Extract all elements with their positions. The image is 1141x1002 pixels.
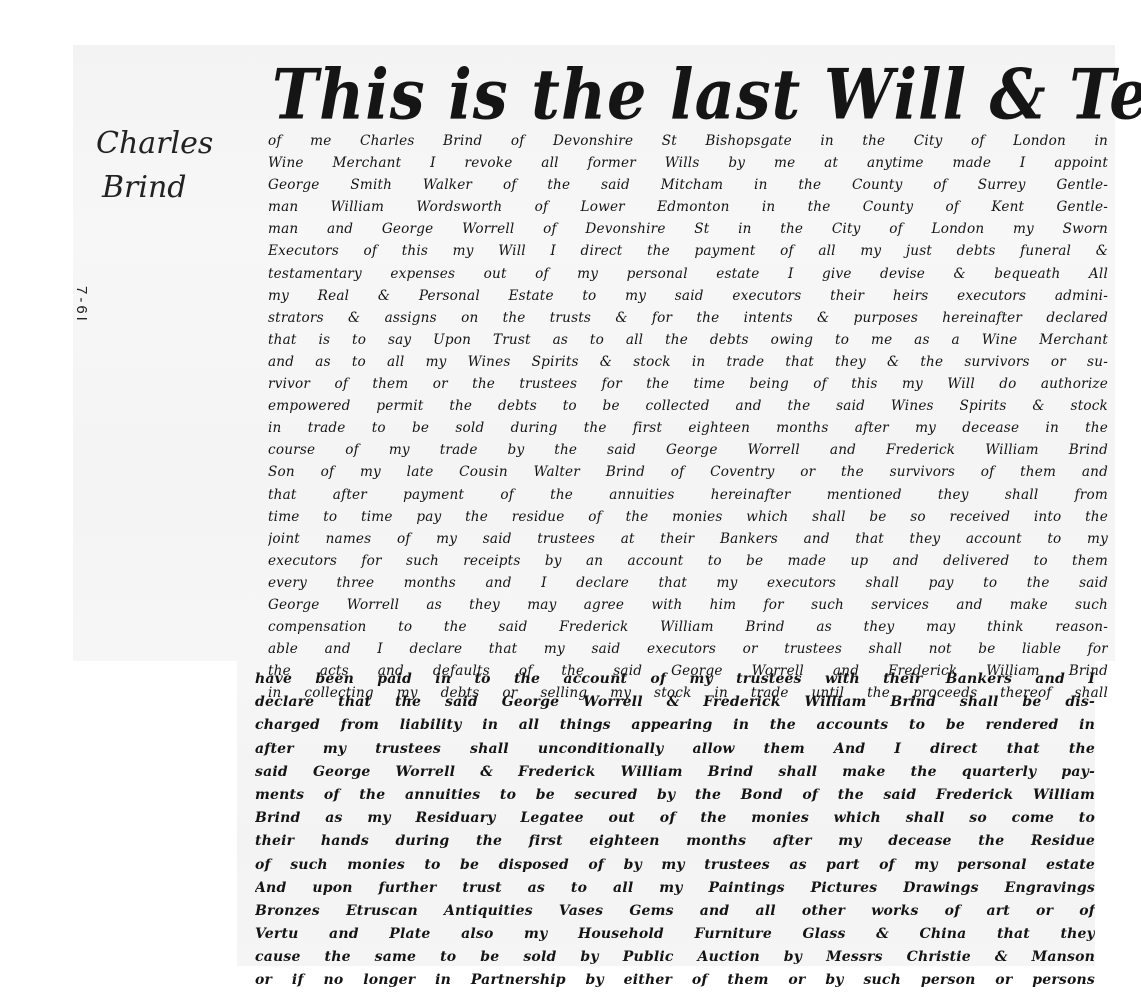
body-line: Bronzes Etruscan Antiquities Vases Gems … xyxy=(255,900,1095,923)
margin-testator-name: Charles Brind xyxy=(96,122,236,210)
body-line: said George Worrell & Frederick William … xyxy=(255,761,1095,784)
body-line: of such monies to be disposed of by my t… xyxy=(255,854,1095,877)
body-line: Son of my late Cousin Walter Brind of Co… xyxy=(268,461,1108,483)
body-line: and as to all my Wines Spirits & stock i… xyxy=(268,351,1108,373)
will-body-upper: of me Charles Brind of Devonshire St Bis… xyxy=(268,130,1108,704)
body-line: have been paid in to the account of my t… xyxy=(255,668,1095,691)
body-line: their hands during the first eighteen mo… xyxy=(255,830,1095,853)
body-line: And upon further trust as to all my Pain… xyxy=(255,877,1095,900)
body-line: George Worrell as they may agree with hi… xyxy=(268,594,1108,616)
body-line: Wine Merchant I revoke all former Wills … xyxy=(268,152,1108,174)
body-line: Vertu and Plate also my Household Furnit… xyxy=(255,923,1095,946)
body-line: Executors of this my Will I direct the p… xyxy=(268,240,1108,262)
body-line: compensation to the said Frederick Willi… xyxy=(268,616,1108,638)
body-line: rvivor of them or the trustees for the t… xyxy=(268,373,1108,395)
body-line: that is to say Upon Trust as to all the … xyxy=(268,329,1108,351)
body-line: of me Charles Brind of Devonshire St Bis… xyxy=(268,130,1108,152)
body-line: charged from liability in all things app… xyxy=(255,714,1095,737)
body-line: cause the same to be sold by Public Auct… xyxy=(255,946,1095,969)
body-line: able and I declare that my said executor… xyxy=(268,638,1108,660)
body-line: declare that the said George Worrell & F… xyxy=(255,691,1095,714)
margin-reference-number: 7-6I xyxy=(73,286,90,346)
body-line: or if no longer in Partnership by either… xyxy=(255,969,1095,992)
body-line: executors for such receipts by an accoun… xyxy=(268,550,1108,572)
body-line: ments of the annuities to be secured by … xyxy=(255,784,1095,807)
margin-name-last: Brind xyxy=(96,166,236,210)
body-line: strators & assigns on the trusts & for t… xyxy=(268,307,1108,329)
body-line: after my trustees shall unconditionally … xyxy=(255,738,1095,761)
body-line: George Smith Walker of the said Mitcham … xyxy=(268,174,1108,196)
body-line: man and George Worrell of Devonshire St … xyxy=(268,218,1108,240)
body-line: that after payment of the annuities here… xyxy=(268,484,1108,506)
body-line: course of my trade by the said George Wo… xyxy=(268,439,1108,461)
document-title: This is the last Will & Testament xyxy=(272,50,1072,140)
body-line: Brind as my Residuary Legatee out of the… xyxy=(255,807,1095,830)
body-line: joint names of my said trustees at their… xyxy=(268,528,1108,550)
will-body-lower: have been paid in to the account of my t… xyxy=(255,668,1095,993)
body-line: my Real & Personal Estate to my said exe… xyxy=(268,285,1108,307)
body-line: man William Wordsworth of Lower Edmonton… xyxy=(268,196,1108,218)
margin-name-first: Charles xyxy=(96,122,236,166)
body-line: empowered permit the debts to be collect… xyxy=(268,395,1108,417)
body-line: every three months and I declare that my… xyxy=(268,572,1108,594)
body-line: in trade to be sold during the first eig… xyxy=(268,417,1108,439)
body-line: time to time pay the residue of the moni… xyxy=(268,506,1108,528)
body-line: testamentary expenses out of my personal… xyxy=(268,263,1108,285)
